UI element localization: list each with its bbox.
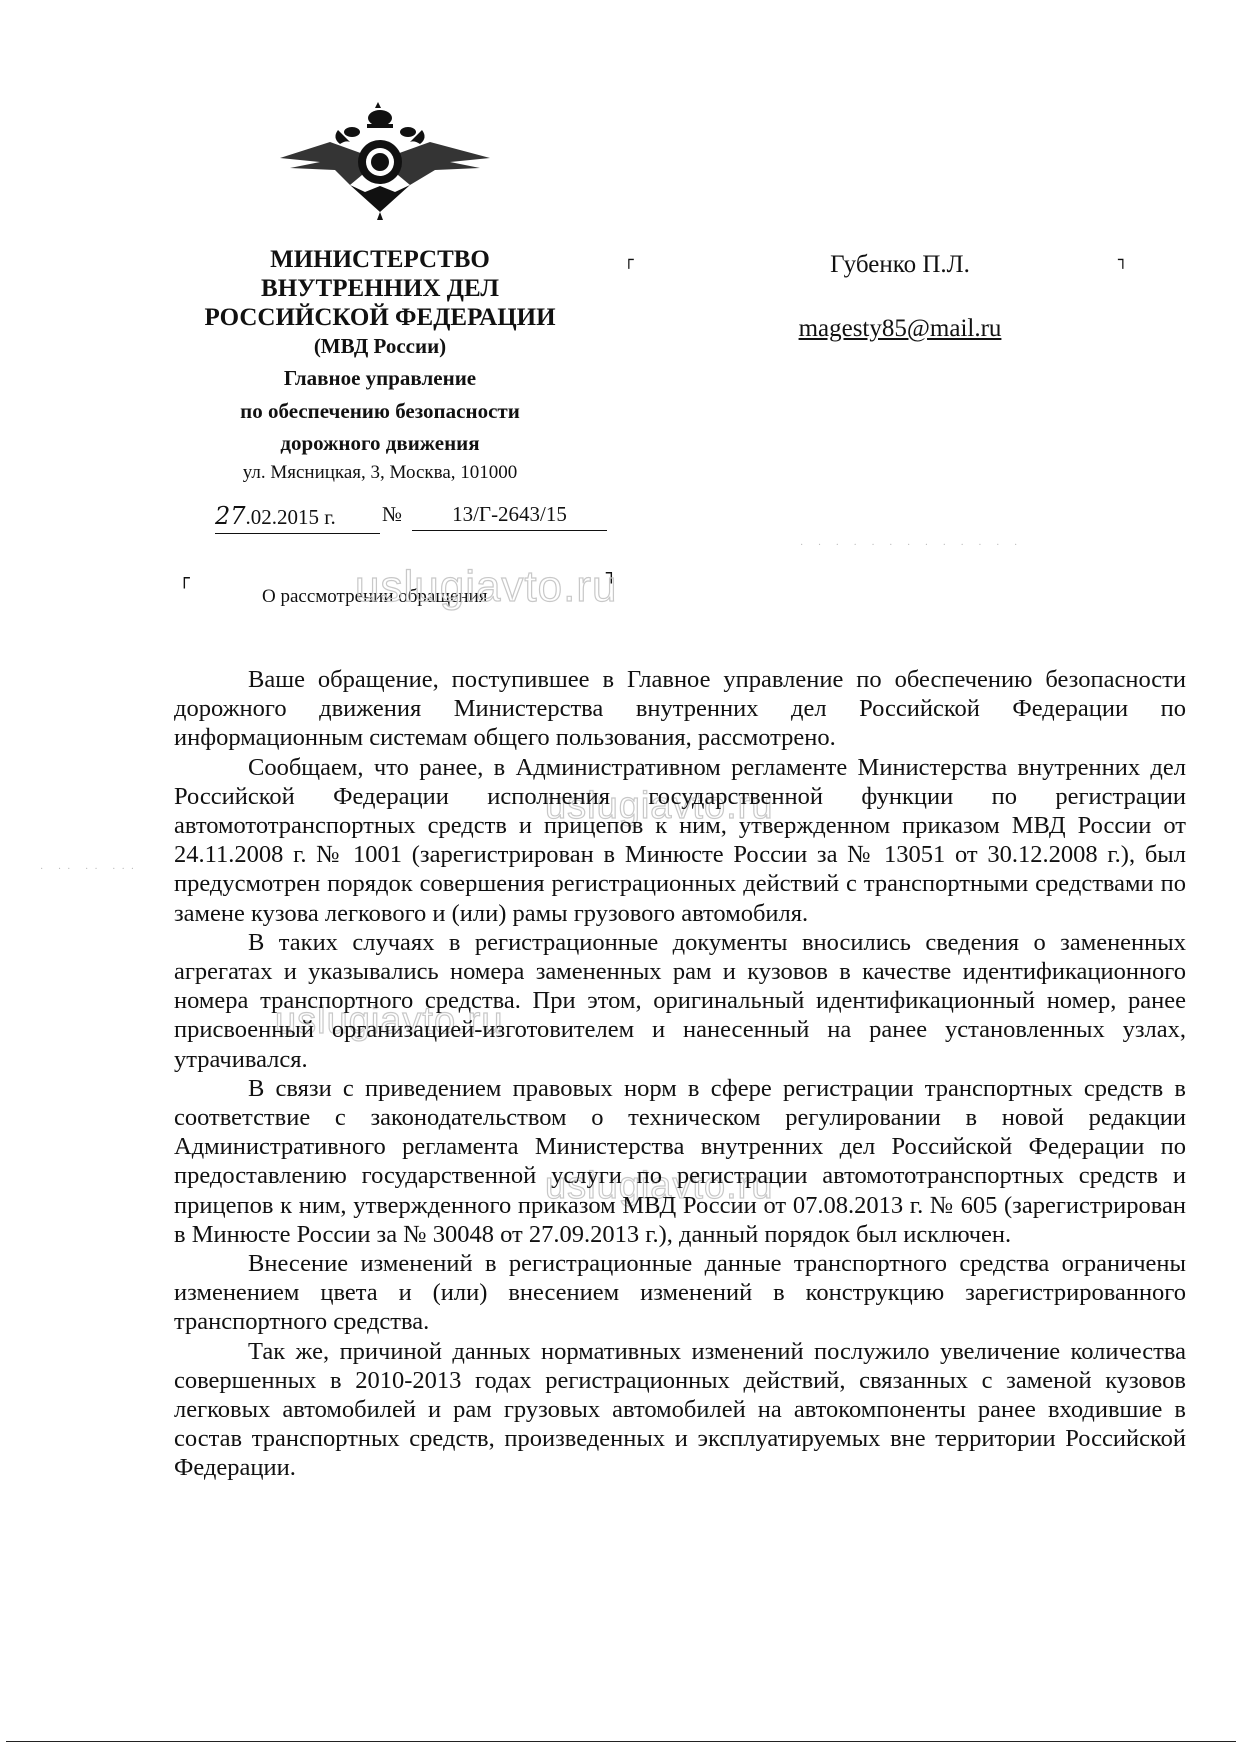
letter-subject: О рассмотрении обращения [262, 586, 488, 608]
scan-noise-dots: · ·· ·· ··· [40, 864, 140, 875]
mvd-emblem-icon [280, 100, 490, 225]
ministry-name-line-1: МИНИСТЕРСТВО [180, 245, 580, 274]
department-line-2: по обеспечению безопасности [180, 397, 580, 426]
subject-bracket-left-icon: ┌ [179, 571, 190, 587]
footer-scan-line [6, 1741, 1236, 1742]
recipient-name: Губенко П.Л. [690, 245, 1110, 285]
department-line-3: дорожного движения [180, 429, 580, 458]
recipient-block: Губенко П.Л. magesty85@mail.ru [690, 245, 1110, 343]
body-paragraph: Так же, причиной данных нормативных изме… [174, 1337, 1186, 1483]
corner-bracket-top-left-icon: ┌ [624, 252, 634, 268]
ministry-short-name: (МВД России) [180, 332, 580, 360]
body-paragraph: В связи с приведением правовых норм в сф… [174, 1074, 1186, 1249]
body-paragraph: В таких случаях в регистрационные докуме… [174, 928, 1186, 1074]
letterhead-block: МИНИСТЕРСТВО ВНУТРЕННИХ ДЕЛ РОССИЙСКОЙ Ф… [180, 245, 580, 488]
date-printed: .02.2015 г. [246, 505, 336, 529]
corner-bracket-top-right-icon: ┐ [1118, 252, 1128, 268]
handwritten-day: 27 [215, 502, 246, 530]
letter-body: Ваше обращение, поступившее в Главное уп… [174, 665, 1186, 1483]
ministry-name-line-3: РОССИЙСКОЙ ФЕДЕРАЦИИ [180, 303, 580, 332]
body-paragraph: Ваше обращение, поступившее в Главное уп… [174, 665, 1186, 753]
registration-number: 13/Г-2643/15 [412, 502, 607, 531]
department-line-1: Главное управление [180, 364, 580, 393]
body-paragraph: Внесение изменений в регистрационные дан… [174, 1249, 1186, 1337]
body-paragraph: Сообщаем, что ранее, в Административном … [174, 753, 1186, 928]
subject-bracket-right-icon: ┐ [606, 566, 617, 582]
recipient-email-link[interactable]: magesty85@mail.ru [690, 315, 1110, 343]
scan-noise-dots: · · · · · · · · · · · · · [800, 540, 1023, 551]
number-sign: № [382, 502, 402, 527]
registration-date: 27.02.2015 г. [215, 502, 380, 534]
address: ул. Мясницкая, 3, Москва, 101000 [180, 458, 580, 488]
ministry-name-line-2: ВНУТРЕННИХ ДЕЛ [180, 274, 580, 303]
